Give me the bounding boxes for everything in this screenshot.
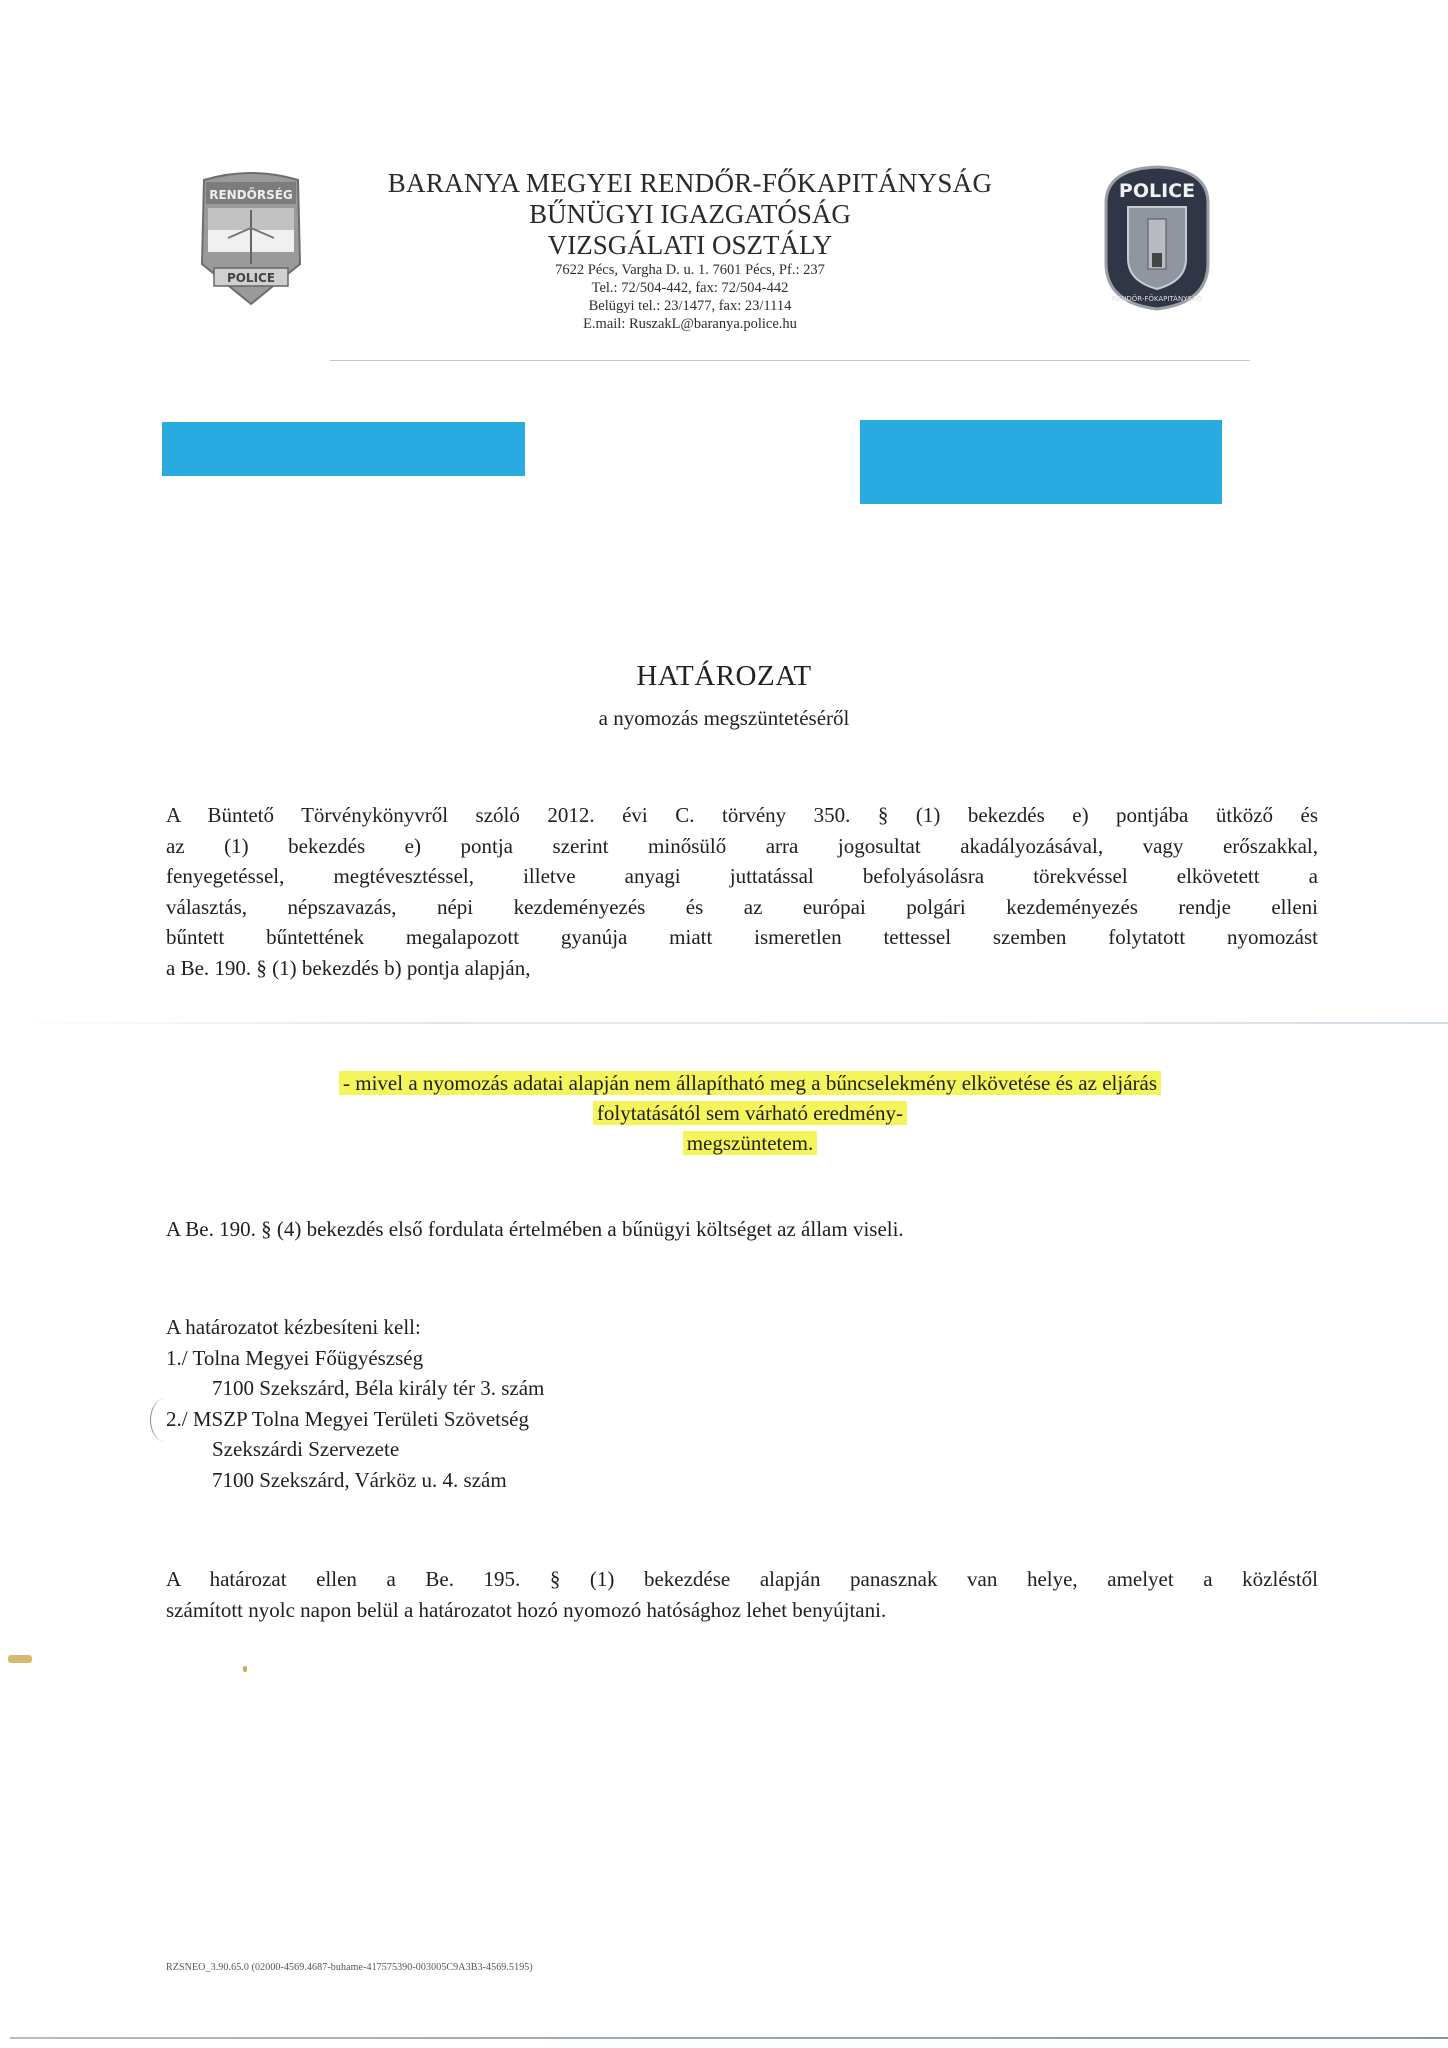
org-name: BARANYA MEGYEI RENDŐR-FŐKAPITÁNYSÁG <box>330 168 1050 199</box>
recipient-address: 7100 Szekszárd, Várköz u. 4. szám <box>166 1465 966 1496</box>
document-title: HATÁROZAT <box>0 660 1448 693</box>
recipient-name: Tolna Megyei Főügyészség <box>192 1346 423 1370</box>
highlighted-text: folytatásától sem várható eredmény- <box>593 1101 907 1125</box>
handwritten-circle-mark <box>150 1398 181 1442</box>
text-line: számított nyolc napon belül a határozato… <box>166 1595 1318 1626</box>
paragraph-costs: A Be. 190. § (4) bekezdés első fordulata… <box>166 1214 1326 1245</box>
paragraph-appeal: A határozat ellen a Be. 195. § (1) bekez… <box>166 1564 1318 1625</box>
delivery-heading: A határozatot kézbesíteni kell: <box>166 1312 966 1343</box>
org-phone: Tel.: 72/504-442, fax: 72/504-442 <box>330 279 1050 297</box>
recipient-number: 1./ <box>166 1346 188 1370</box>
footer-document-code: RZSNEO_3.90.65.0 (02000-4569.4687-buhame… <box>166 1962 533 1973</box>
text-line: a Be. 190. § (1) bekezdés b) pontja alap… <box>166 953 1318 984</box>
highlighted-text: - mivel a nyomozás adatai alapján nem ál… <box>339 1071 1161 1095</box>
text-line: az (1) bekezdés e) pontja szerint minősü… <box>166 831 1318 862</box>
left-police-badge-icon: RENDŐRSÉG POLICE <box>196 168 306 308</box>
redaction-block <box>860 420 1222 504</box>
scan-artifact-line <box>0 1022 1448 1024</box>
delivery-list: A határozatot kézbesíteni kell: 1./ Toln… <box>166 1312 966 1495</box>
recipient-address: 7100 Szekszárd, Béla király tér 3. szám <box>166 1373 966 1404</box>
svg-text:POLICE: POLICE <box>227 271 275 285</box>
right-police-shield-icon: POLICE RENDŐR-FŐKAPITÁNYSÁG <box>1098 163 1216 313</box>
org-internal-phone: Belügyi tel.: 23/1477, fax: 23/1114 <box>330 297 1050 315</box>
text-line: bűntett bűntettének megalapozott gyanúja… <box>166 922 1318 953</box>
highlighted-text: megszüntetem. <box>683 1131 818 1155</box>
text-line: fenyegetéssel, megtévesztéssel, illetve … <box>166 861 1318 892</box>
svg-text:RENDŐR-FŐKAPITÁNYSÁG: RENDŐR-FŐKAPITÁNYSÁG <box>1112 294 1202 303</box>
highlighted-decision: - mivel a nyomozás adatai alapján nem ál… <box>160 1068 1340 1158</box>
org-directorate: BŰNÜGYI IGAZGATÓSÁG <box>330 199 1050 230</box>
scan-speck <box>8 1655 32 1663</box>
scan-speck <box>243 1666 247 1672</box>
org-department: VIZSGÁLATI OSZTÁLY <box>330 230 1050 261</box>
org-email: E.mail: RuszakL@baranya.police.hu <box>330 315 1050 333</box>
letterhead-divider <box>330 360 1250 361</box>
recipient-address: Szekszárdi Szervezete <box>166 1434 966 1465</box>
recipient-name: MSZP Tolna Megyei Területi Szövetség <box>193 1407 529 1431</box>
recipient-1: 1./ Tolna Megyei Főügyészség <box>166 1343 966 1374</box>
badge-top-text: RENDŐRSÉG <box>209 187 293 202</box>
document-subtitle: a nyomozás megszüntetéséről <box>0 706 1448 731</box>
paragraph-legal-basis: A Büntető Törvénykönyvről szóló 2012. év… <box>166 800 1318 983</box>
org-address: 7622 Pécs, Vargha D. u. 1. 7601 Pécs, Pf… <box>330 261 1050 279</box>
text-line: A határozat ellen a Be. 195. § (1) bekez… <box>166 1564 1318 1595</box>
text-line: választás, népszavazás, népi kezdeményez… <box>166 892 1318 923</box>
text-line: A Büntető Törvénykönyvről szóló 2012. év… <box>166 800 1318 831</box>
redaction-block <box>162 422 525 476</box>
svg-text:POLICE: POLICE <box>1119 180 1195 202</box>
letterhead: BARANYA MEGYEI RENDŐR-FŐKAPITÁNYSÁG BŰNÜ… <box>330 168 1050 333</box>
recipient-2: 2./ MSZP Tolna Megyei Területi Szövetség <box>166 1404 966 1435</box>
page-bottom-edge <box>10 2037 1448 2039</box>
